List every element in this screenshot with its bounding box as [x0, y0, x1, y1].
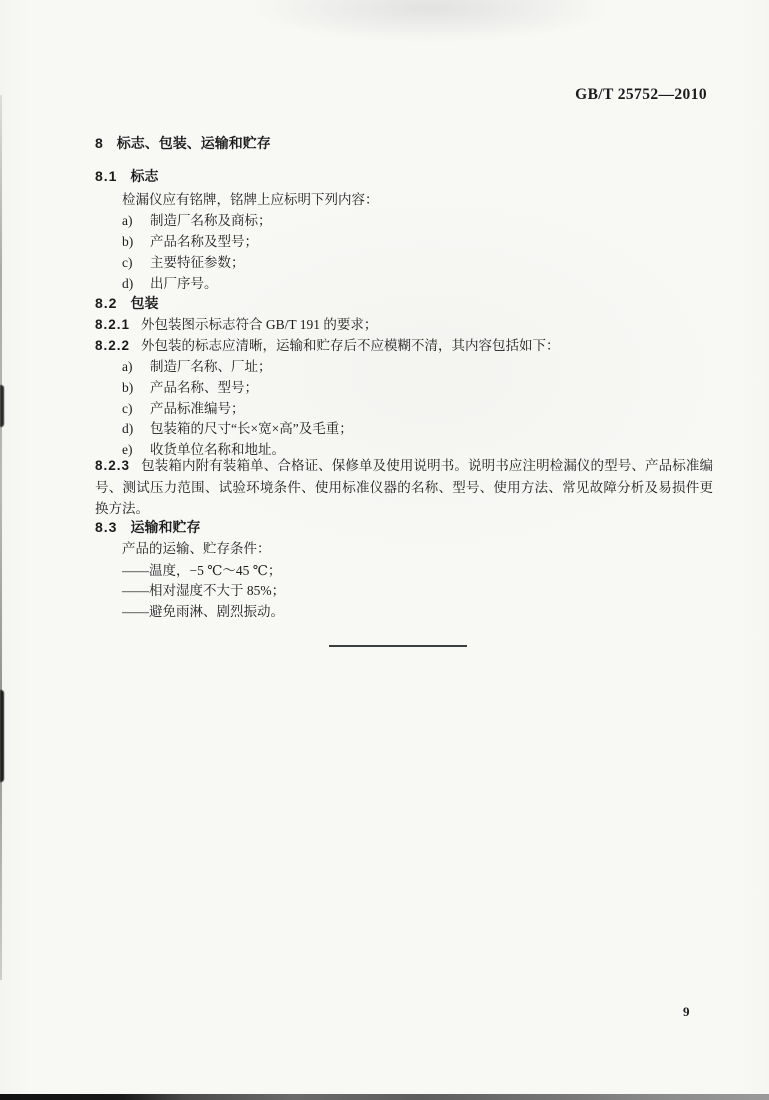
list-item: b)产品名称、型号； [95, 377, 740, 398]
section-8-1-heading: 8.1标志 [95, 166, 713, 187]
list-marker: b) [122, 377, 150, 398]
clause-number: 8.2.3 [95, 455, 130, 477]
section-8-heading: 8标志、包装、运输和贮存 [95, 133, 713, 154]
dash-list-item: ——相对湿度不大于 85%； [95, 580, 740, 601]
list-text: 产品名称及型号； [150, 231, 740, 252]
list-marker: b) [122, 231, 150, 252]
scan-bottom-edge-shadow [0, 1094, 769, 1100]
section-8-1-number: 8.1 [95, 166, 117, 187]
clause-8-2-2: 8.2.2外包装的标志应清晰，运输和贮存后不应模糊不清，其内容包括如下： [95, 335, 713, 356]
list-item: b)产品名称及型号； [95, 231, 740, 252]
section-8-3-number: 8.3 [95, 517, 117, 538]
dash-list-item: ——温度，−5 ℃～45 ℃； [95, 560, 740, 581]
list-text: 包装箱的尺寸“长×宽×高”及毛重； [150, 418, 740, 439]
list-item: c)主要特征参数； [95, 252, 740, 273]
list-marker: a) [122, 210, 150, 231]
section-8-3-heading: 8.3运输和贮存 [95, 517, 713, 538]
list-marker: d) [122, 418, 150, 439]
section-8-title: 标志、包装、运输和贮存 [117, 135, 271, 151]
section-8-2-title: 包装 [130, 295, 158, 311]
standard-code-header: GB/T 25752—2010 [575, 86, 707, 104]
page-number: 9 [683, 1004, 690, 1020]
list-item: d)包装箱的尺寸“长×宽×高”及毛重； [95, 418, 740, 439]
list-marker: c) [122, 252, 150, 273]
clause-8-2-3: 8.2.3包装箱内附有装箱单、合格证、保修单及使用说明书。说明书应注明检漏仪的型… [95, 455, 713, 520]
list-item: c)产品标准编号； [95, 398, 740, 419]
section-8-number: 8 [95, 133, 104, 154]
clause-number: 8.2.1 [95, 314, 130, 335]
list-item: a)制造厂名称及商标； [95, 210, 740, 231]
clause-number: 8.2.2 [95, 335, 130, 356]
section-8-3-intro: 产品的运输、贮存条件： [95, 538, 740, 559]
list-marker: a) [122, 356, 150, 377]
scan-left-edge-shadow [0, 95, 2, 980]
clause-8-2-1: 8.2.1外包装图示标志符合 GB/T 191 的要求； [95, 314, 713, 335]
section-8-1-title: 标志 [130, 168, 158, 184]
section-8-3-title: 运输和贮存 [130, 519, 200, 535]
list-marker: d) [122, 273, 150, 294]
scanned-document-page: GB/T 25752—2010 8标志、包装、运输和贮存 8.1标志 检漏仪应有… [0, 0, 769, 1100]
list-marker: c) [122, 398, 150, 419]
section-8-2-number: 8.2 [95, 293, 117, 314]
list-text: 出厂序号。 [150, 273, 740, 294]
section-8-1-intro: 检漏仪应有铭牌，铭牌上应标明下列内容： [95, 189, 740, 210]
scan-left-edge-mark [0, 385, 4, 427]
clause-text: 外包装的标志应清晰，运输和贮存后不应模糊不清，其内容包括如下： [141, 338, 560, 353]
list-text: 主要特征参数； [150, 252, 740, 273]
clause-text: 包装箱内附有装箱单、合格证、保修单及使用说明书。说明书应注明检漏仪的型号、产品标… [95, 458, 713, 516]
section-8-2-heading: 8.2包装 [95, 293, 713, 314]
list-text: 制造厂名称及商标； [150, 210, 740, 231]
list-text: 产品名称、型号； [150, 377, 740, 398]
list-text: 制造厂名称、厂址； [150, 356, 740, 377]
dash-list-item: ——避免雨淋、剧烈振动。 [95, 601, 740, 622]
list-item: d)出厂序号。 [95, 273, 740, 294]
clause-text: 外包装图示标志符合 GB/T 191 的要求； [141, 317, 377, 332]
list-item: a)制造厂名称、厂址； [95, 356, 740, 377]
scan-left-edge-mark [0, 690, 4, 782]
list-text: 产品标准编号； [150, 398, 740, 419]
end-of-document-rule [329, 645, 467, 647]
